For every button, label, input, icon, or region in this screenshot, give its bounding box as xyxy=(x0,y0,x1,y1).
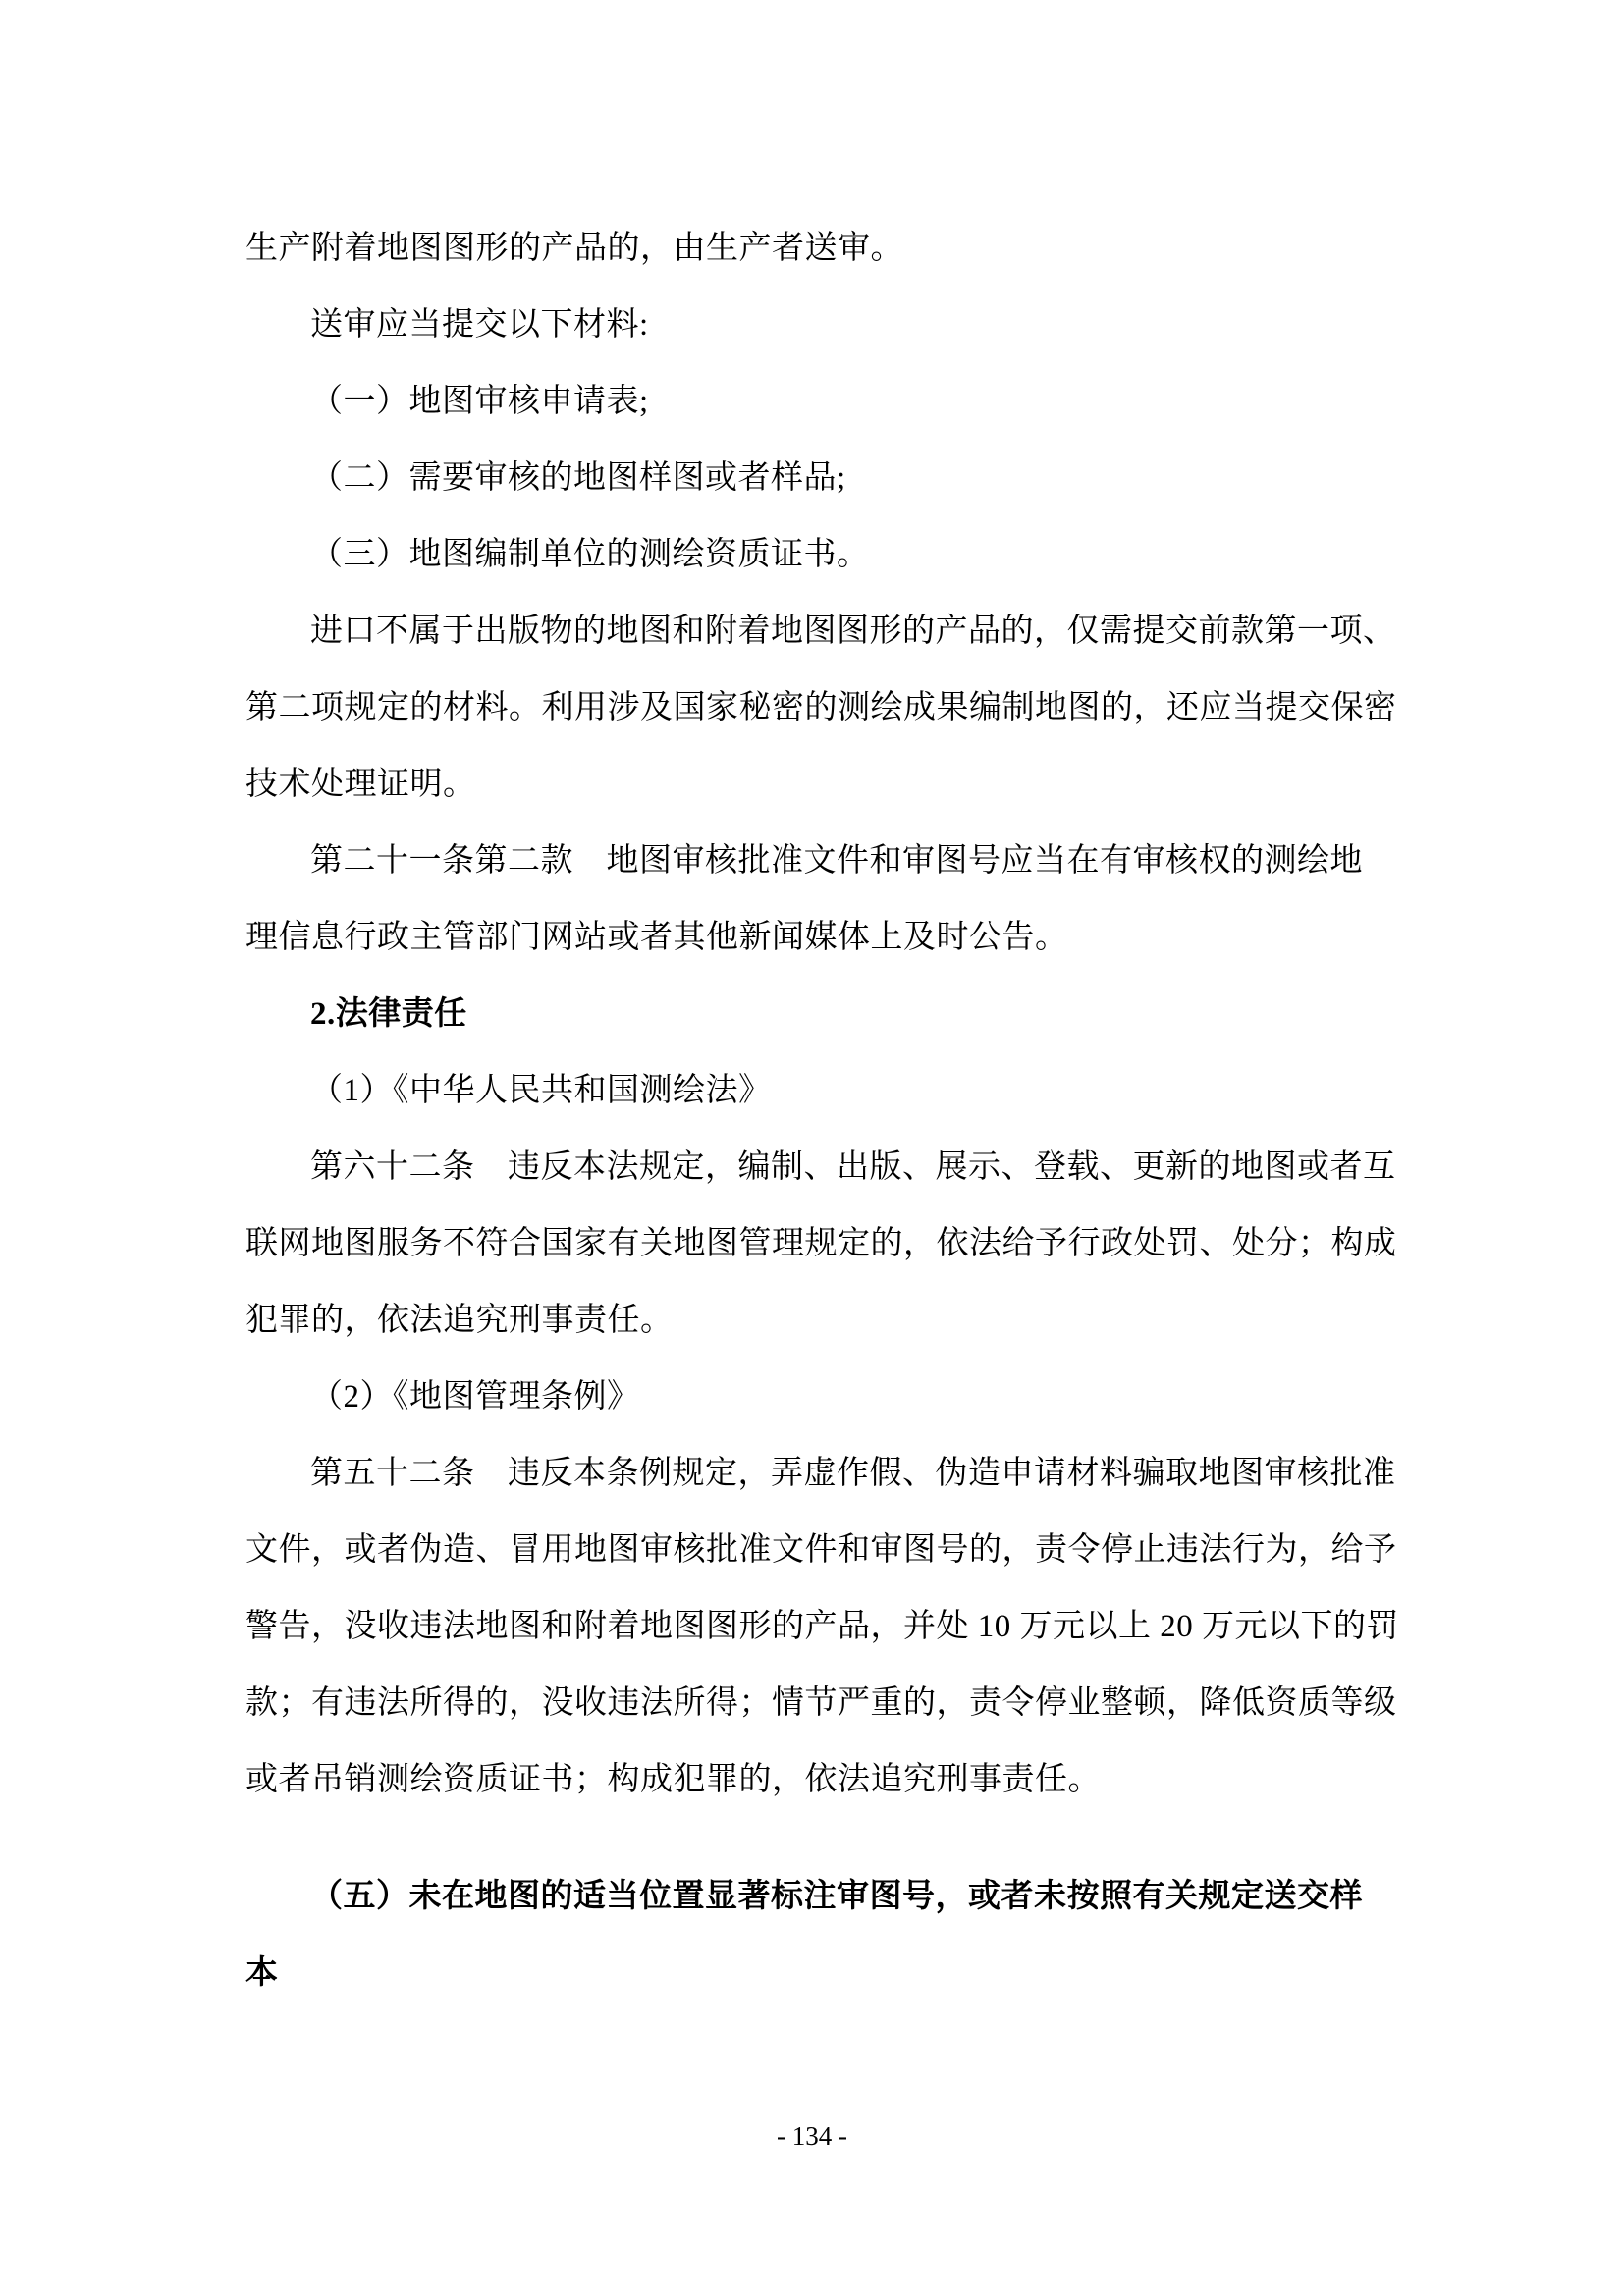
text-line: 第二十一条第二款 地图审核批准文件和审图号应当在有审核权的测绘地 xyxy=(245,823,1380,899)
section-heading: （五）未在地图的适当位置显著标注审图号，或者未按照有关规定送交样 xyxy=(245,1858,1380,1935)
text-line: 理信息行政主管部门网站或者其他新闻媒体上及时公告。 xyxy=(245,899,1380,976)
text-line: （2）《地图管理条例》 xyxy=(245,1359,1380,1435)
text-line: 生产附着地图图形的产品的，由生产者送审。 xyxy=(245,210,1380,287)
text-line: 第六十二条 违反本法规定，编制、出版、展示、登载、更新的地图或者互 xyxy=(245,1129,1380,1205)
text-line: （1）《中华人民共和国测绘法》 xyxy=(245,1052,1380,1129)
text-line: （一）地图审核申请表; xyxy=(245,363,1380,440)
text-line: 进口不属于出版物的地图和附着地图图形的产品的，仅需提交前款第一项、 xyxy=(245,593,1380,669)
document-page: 生产附着地图图形的产品的，由生产者送审。 送审应当提交以下材料: （一）地图审核… xyxy=(0,0,1624,2296)
page-number: - 134 - xyxy=(0,2116,1624,2156)
text-line: 或者吊销测绘资质证书；构成犯罪的，依法追究刑事责任。 xyxy=(245,1741,1380,1818)
text-line: 犯罪的，依法追究刑事责任。 xyxy=(245,1282,1380,1359)
text-line: 送审应当提交以下材料: xyxy=(245,287,1380,363)
text-line: （三）地图编制单位的测绘资质证书。 xyxy=(245,516,1380,593)
section-heading: 本 xyxy=(245,1935,1380,2011)
text-line: 第五十二条 违反本条例规定，弄虚作假、伪造申请材料骗取地图审核批准 xyxy=(245,1435,1380,1512)
section-heading: 2.法律责任 xyxy=(245,976,1380,1052)
text-line: （二）需要审核的地图样图或者样品; xyxy=(245,440,1380,516)
text-line: 文件，或者伪造、冒用地图审核批准文件和审图号的，责令停止违法行为，给予 xyxy=(245,1512,1380,1588)
text-line: 第二项规定的材料。利用涉及国家秘密的测绘成果编制地图的，还应当提交保密 xyxy=(245,669,1380,746)
document-body: 生产附着地图图形的产品的，由生产者送审。 送审应当提交以下材料: （一）地图审核… xyxy=(245,210,1380,2011)
text-line: 技术处理证明。 xyxy=(245,746,1380,823)
text-line: 款；有违法所得的，没收违法所得；情节严重的，责令停业整顿，降低资质等级 xyxy=(245,1665,1380,1741)
text-line: 警告，没收违法地图和附着地图图形的产品，并处 10 万元以上 20 万元以下的罚 xyxy=(245,1588,1380,1665)
text-line: 联网地图服务不符合国家有关地图管理规定的，依法给予行政处罚、处分；构成 xyxy=(245,1205,1380,1282)
